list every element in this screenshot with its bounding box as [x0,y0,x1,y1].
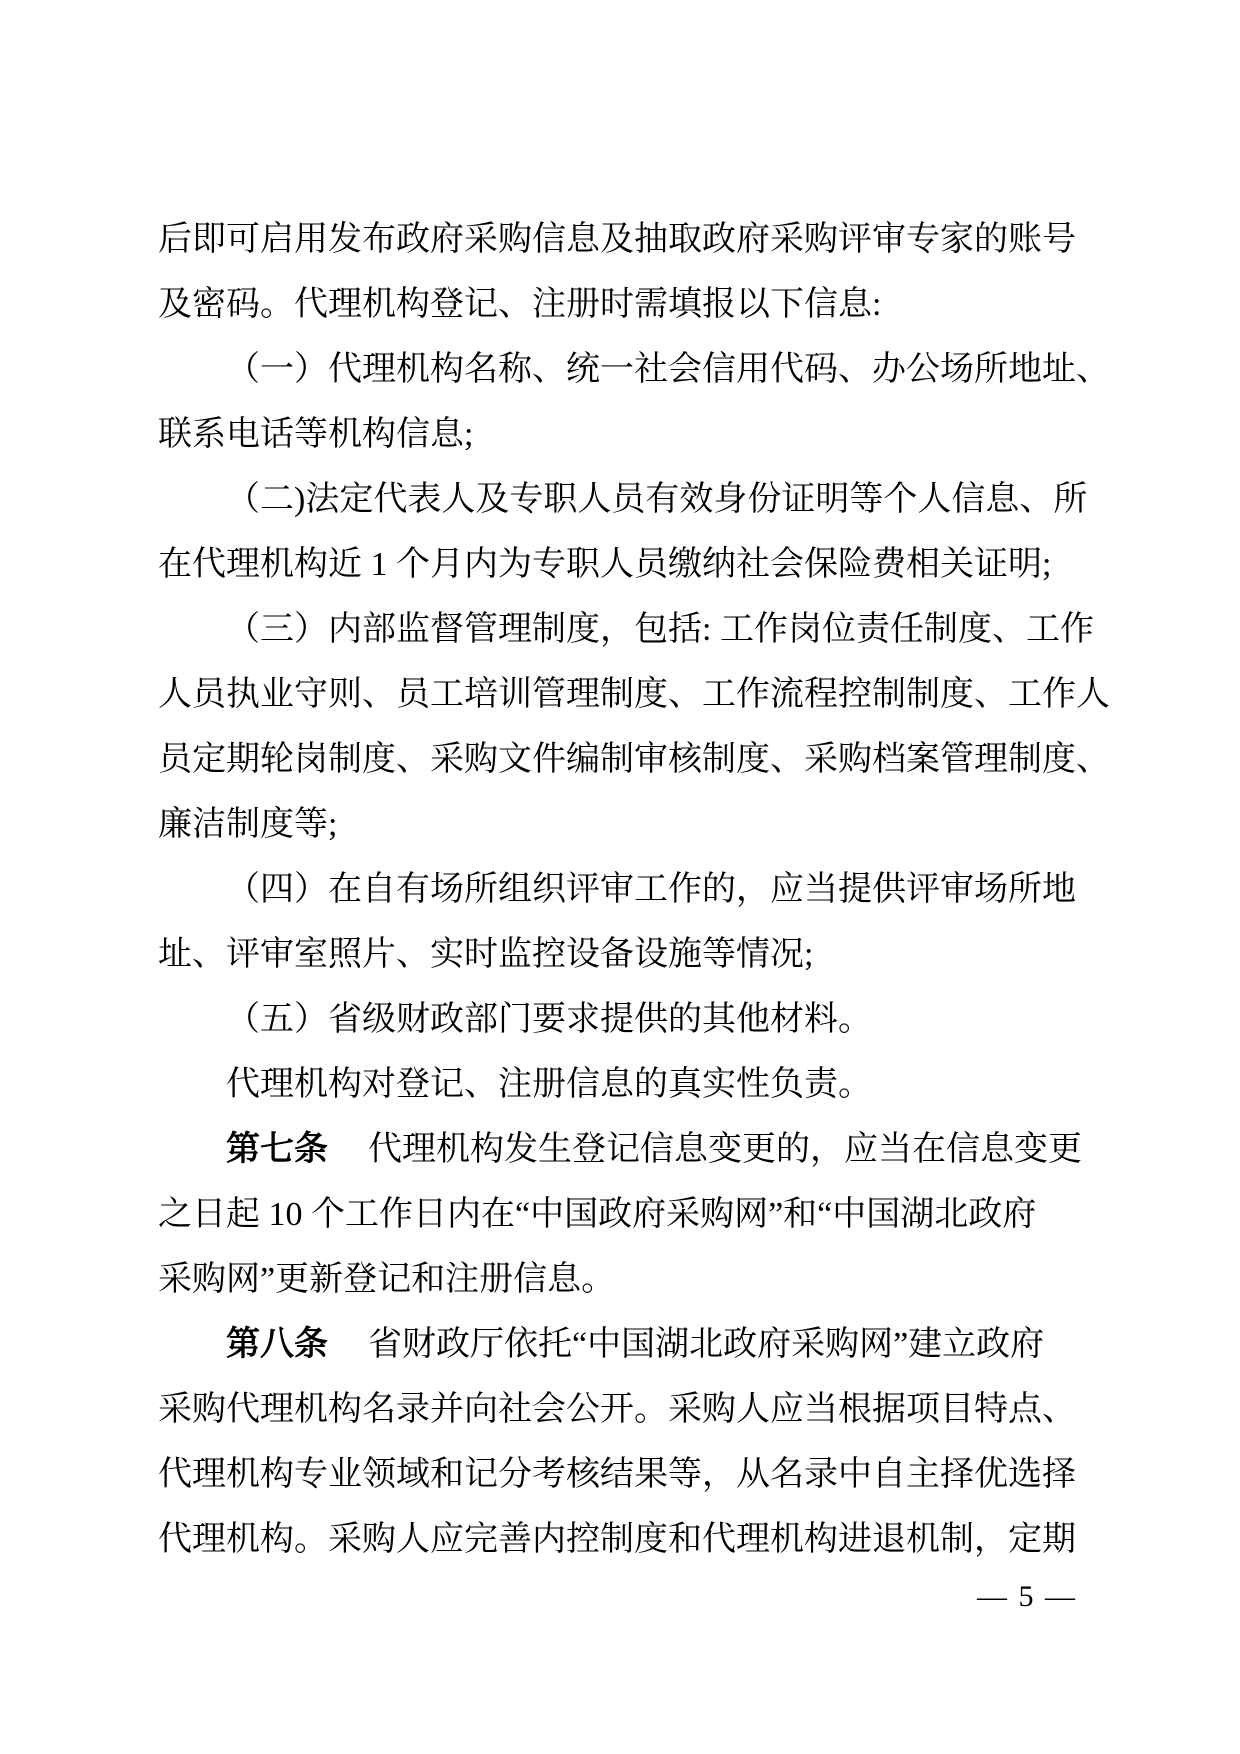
text-segment: 员定期轮岗制度、采购文件编制审核制度、采购档案管理制度、 [158,741,1110,778]
text-segment: （三）内部监督管理制度，包括: 工作岗位责任制度、工作 [226,611,1094,648]
page-footer: — 5 — [977,1580,1077,1614]
text-line: （五）省级财政部门要求提供的其他材料。 [158,987,1080,1052]
text-line: 第七条代理机构发生登记信息变更的，应当在信息变更 [158,1117,1080,1182]
text-line: 联系电话等机构信息; [158,402,1080,467]
document-page: 后即可启用发布政府采购信息及抽取政府采购评审专家的账号及密码。代理机构登记、注册… [0,0,1240,1754]
text-line: 第八条省财政厅依托“中国湖北政府采购网”建立政府 [158,1312,1080,1377]
text-line: 人员执业守则、员工培训管理制度、工作流程控制制度、工作人 [158,662,1080,727]
text-line: 代理机构对登记、注册信息的真实性负责。 [158,1052,1080,1117]
text-segment: 之日起 10 个工作日内在“中国政府采购网”和“中国湖北政府 [158,1196,1036,1233]
text-line: 代理机构。采购人应完善内控制度和代理机构进退机制，定期 [158,1507,1080,1572]
text-line: 之日起 10 个工作日内在“中国政府采购网”和“中国湖北政府 [158,1182,1080,1247]
text-segment: 省财政厅依托“中国湖北政府采购网”建立政府 [368,1326,1044,1363]
text-line: （一）代理机构名称、统一社会信用代码、办公场所地址、 [158,337,1080,402]
text-line: 址、评审室照片、实时监控设备设施等情况; [158,922,1080,987]
document-body: 后即可启用发布政府采购信息及抽取政府采购评审专家的账号及密码。代理机构登记、注册… [158,207,1080,1572]
text-segment: （二)法定代表人及专职人员有效身份证明等个人信息、所 [226,481,1087,518]
text-segment: 在代理机构近 1 个月内为专职人员缴纳社会保险费相关证明; [158,546,1051,583]
text-line: 在代理机构近 1 个月内为专职人员缴纳社会保险费相关证明; [158,532,1080,597]
text-segment: 代理机构发生登记信息变更的，应当在信息变更 [368,1131,1082,1168]
text-segment: 代理机构对登记、注册信息的真实性负责。 [226,1066,872,1103]
text-segment: 廉洁制度等; [158,806,337,843]
text-segment: 及密码。代理机构登记、注册时需填报以下信息: [158,286,881,323]
text-segment: 采购代理机构名录并向社会公开。采购人应当根据项目特点、 [158,1391,1076,1428]
text-segment: 采购网”更新登记和注册信息。 [158,1261,615,1298]
article-number: 第八条 [226,1326,328,1363]
text-segment: （一）代理机构名称、统一社会信用代码、办公场所地址、 [226,351,1110,388]
text-segment: 址、评审室照片、实时监控设备设施等情况; [158,936,813,973]
text-line: （四）在自有场所组织评审工作的，应当提供评审场所地 [158,857,1080,922]
text-line: 员定期轮岗制度、采购文件编制审核制度、采购档案管理制度、 [158,727,1080,792]
article-number: 第七条 [226,1131,328,1168]
text-line: 及密码。代理机构登记、注册时需填报以下信息: [158,272,1080,337]
text-segment: 代理机构。采购人应完善内控制度和代理机构进退机制，定期 [158,1521,1076,1558]
text-line: 采购网”更新登记和注册信息。 [158,1247,1080,1312]
text-line: 采购代理机构名录并向社会公开。采购人应当根据项目特点、 [158,1377,1080,1442]
text-line: 廉洁制度等; [158,792,1080,857]
text-segment: 联系电话等机构信息; [158,416,473,453]
text-line: （三）内部监督管理制度，包括: 工作岗位责任制度、工作 [158,597,1080,662]
text-segment: 人员执业守则、员工培训管理制度、工作流程控制制度、工作人 [158,676,1110,713]
text-segment: 后即可启用发布政府采购信息及抽取政府采购评审专家的账号 [158,221,1076,258]
text-segment: 代理机构专业领域和记分考核结果等，从名录中自主择优选择 [158,1456,1076,1493]
text-segment: （四）在自有场所组织评审工作的，应当提供评审场所地 [226,871,1076,908]
text-segment: （五）省级财政部门要求提供的其他材料。 [226,1001,872,1038]
text-line: （二)法定代表人及专职人员有效身份证明等个人信息、所 [158,467,1080,532]
text-line: 代理机构专业领域和记分考核结果等，从名录中自主择优选择 [158,1442,1080,1507]
page-number: — 5 — [977,1580,1077,1613]
text-line: 后即可启用发布政府采购信息及抽取政府采购评审专家的账号 [158,207,1080,272]
